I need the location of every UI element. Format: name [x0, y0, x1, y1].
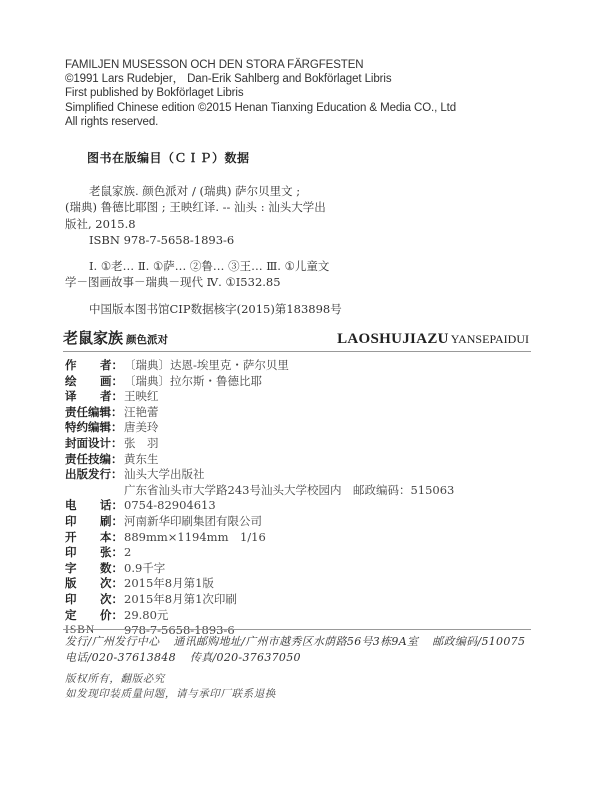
distributor-line-1: 发行/广州发行中心通讯邮购地址/广州市越秀区水荫路56号3栋9A室邮政编码/51… [65, 634, 525, 650]
cip-record-number: 中国版本图书馆CIP数据核字(2015)第183898号 [65, 301, 342, 317]
issuer: 发行/广州发行中心 [65, 635, 159, 648]
credit-row-word-count: 字数： 0.9千字 [65, 561, 454, 577]
credit-row-format: 开本： 889mm×1194mm 1/16 [65, 530, 454, 546]
credit-value: 汕头大学出版社 [123, 467, 205, 483]
credit-label: 特约编辑： [65, 420, 123, 436]
credits-table: 作者： 〔瑞典〕达恩-埃里克・萨尔贝里 绘画： 〔瑞典〕拉尔斯・鲁德比耶 译者：… [65, 358, 454, 639]
notice-line-1: 版权所有，翻版必究 [65, 672, 276, 687]
credit-value: 汪艳蕾 [123, 405, 159, 421]
rights-block: FAMILJEN MUSESSON OCH DEN STORA FÄRGFEST… [65, 58, 456, 129]
credit-label: 出版发行： [65, 467, 123, 483]
credit-row-editor: 责任编辑： 汪艳蕾 [65, 405, 454, 421]
mail-order-address: 通讯邮购地址/广州市越秀区水荫路56号3栋9A室 [173, 635, 418, 648]
credit-row-printing: 印次： 2015年8月第1次印刷 [65, 592, 454, 608]
credit-row-illustrator: 绘画： 〔瑞典〕拉尔斯・鲁德比耶 [65, 374, 454, 390]
spacer [65, 291, 342, 301]
cip-heading: 图书在版编目（ＣＩＰ）数据 [87, 149, 250, 166]
credit-value: 0754-82904613 [123, 498, 216, 514]
book-title-bar: 老鼠家族颜色派对 LAOSHUJIAZUYANSEPAIDUI [63, 331, 531, 352]
distributor-line-2: 电话/020-37613848传真/020-37637050 [65, 650, 525, 666]
credit-label: 作者： [65, 358, 123, 374]
credit-label: 字数： [65, 561, 123, 577]
credit-value: 2015年8月第1次印刷 [123, 592, 237, 608]
credit-value: 0.9千字 [123, 561, 165, 577]
copyright-line: ©1991 Lars Rudebjer， Dan-Erik Sahlberg a… [65, 72, 456, 86]
book-title-chinese: 老鼠家族颜色派对 [63, 327, 168, 348]
credit-value: 张 羽 [123, 436, 159, 452]
cip-line: 老鼠家族. 颜色派对 / (瑞典) 萨尔贝里文 ; [65, 183, 342, 199]
credit-value: 29.80元 [123, 608, 168, 624]
credit-row-author: 作者： 〔瑞典〕达恩-埃里克・萨尔贝里 [65, 358, 454, 374]
credit-label: 译者： [65, 389, 123, 405]
book-title-pinyin-main: LAOSHUJIAZU [337, 331, 449, 347]
book-title-pinyin: LAOSHUJIAZUYANSEPAIDUI [337, 330, 529, 348]
divider-line [63, 629, 531, 630]
credit-row-contract-editor: 特约编辑： 唐美玲 [65, 420, 454, 436]
all-rights-line: All rights reserved. [65, 115, 456, 129]
first-published-line: First published by Bokförlaget Libris [65, 86, 456, 100]
credit-value: 河南新华印刷集团有限公司 [123, 514, 262, 530]
credit-label [65, 483, 123, 499]
credit-row-price: 定价： 29.80元 [65, 608, 454, 624]
postcode: 邮政编码/510075 [432, 635, 525, 648]
credit-row-publisher-address: 广东省汕头市大学路243号汕头大学校园内 邮政编码：515063 [65, 483, 454, 499]
credit-value: 2015年8月第1版 [123, 576, 214, 592]
credit-label: 电话： [65, 498, 123, 514]
credit-value: 唐美玲 [123, 420, 159, 436]
credit-value: 2 [123, 545, 131, 561]
credit-value: 广东省汕头市大学路243号汕头大学校园内 邮政编码：515063 [123, 483, 454, 499]
credit-row-printer: 印刷： 河南新华印刷集团有限公司 [65, 514, 454, 530]
credit-row-technical-editor: 责任技编： 黄东生 [65, 452, 454, 468]
credit-value: 黄东生 [123, 452, 159, 468]
credit-label: 印次： [65, 592, 123, 608]
credit-label: 印刷： [65, 514, 123, 530]
credit-row-edition: 版次： 2015年8月第1版 [65, 576, 454, 592]
cip-line: (瑞典) 鲁德比耶图 ; 王映红译. -- 汕头 : 汕头大学出 [65, 199, 342, 215]
book-title-pinyin-sub: YANSEPAIDUI [451, 332, 529, 346]
credit-label: 印张： [65, 545, 123, 561]
credit-row-sheets: 印张： 2 [65, 545, 454, 561]
cip-line: 版社, 2015.8 [65, 216, 342, 232]
credit-label: 版次： [65, 576, 123, 592]
original-title: FAMILJEN MUSESSON OCH DEN STORA FÄRGFEST… [65, 58, 456, 72]
cip-isbn-line: ISBN 978-7-5658-1893-6 [65, 232, 342, 248]
cip-classification-line: 学－图画故事－瑞典－现代 Ⅳ. ①I532.85 [65, 274, 342, 290]
book-title-subtitle: 颜色派对 [126, 334, 168, 346]
credit-label: 开本： [65, 530, 123, 546]
credit-value: 889mm×1194mm 1/16 [123, 530, 266, 546]
credit-label: 责任编辑： [65, 405, 123, 421]
notice-line-2: 如发现印装质量问题，请与承印厂联系退换 [65, 687, 276, 702]
book-title-main: 老鼠家族 [63, 329, 123, 347]
credit-row-publisher: 出版发行： 汕头大学出版社 [65, 467, 454, 483]
cip-classification-line: Ⅰ. ①老… Ⅱ. ①萨… ②鲁… ③王… Ⅲ. ①儿童文 [65, 258, 342, 274]
credit-row-translator: 译者： 王映红 [65, 389, 454, 405]
credit-label: 绘画： [65, 374, 123, 390]
credit-value: 〔瑞典〕达恩-埃里克・萨尔贝里 [123, 358, 289, 374]
credit-row-phone: 电话： 0754-82904613 [65, 498, 454, 514]
credit-label: 定价： [65, 608, 123, 624]
spacer [65, 248, 342, 258]
credit-value: 〔瑞典〕拉尔斯・鲁德比耶 [123, 374, 262, 390]
cip-data-block: 老鼠家族. 颜色派对 / (瑞典) 萨尔贝里文 ; (瑞典) 鲁德比耶图 ; 王… [65, 183, 342, 317]
phone: 电话/020-37613848 [65, 651, 176, 664]
fax: 传真/020-37637050 [190, 651, 301, 664]
credit-label: 责任技编： [65, 452, 123, 468]
copyright-notice: 版权所有，翻版必究 如发现印装质量问题，请与承印厂联系退换 [65, 672, 276, 701]
distributor-block: 发行/广州发行中心通讯邮购地址/广州市越秀区水荫路56号3栋9A室邮政编码/51… [65, 634, 525, 666]
chinese-edition-line: Simplified Chinese edition ©2015 Henan T… [65, 101, 456, 115]
credit-value: 王映红 [123, 389, 159, 405]
credit-row-cover-design: 封面设计： 张 羽 [65, 436, 454, 452]
credit-label: 封面设计： [65, 436, 123, 452]
